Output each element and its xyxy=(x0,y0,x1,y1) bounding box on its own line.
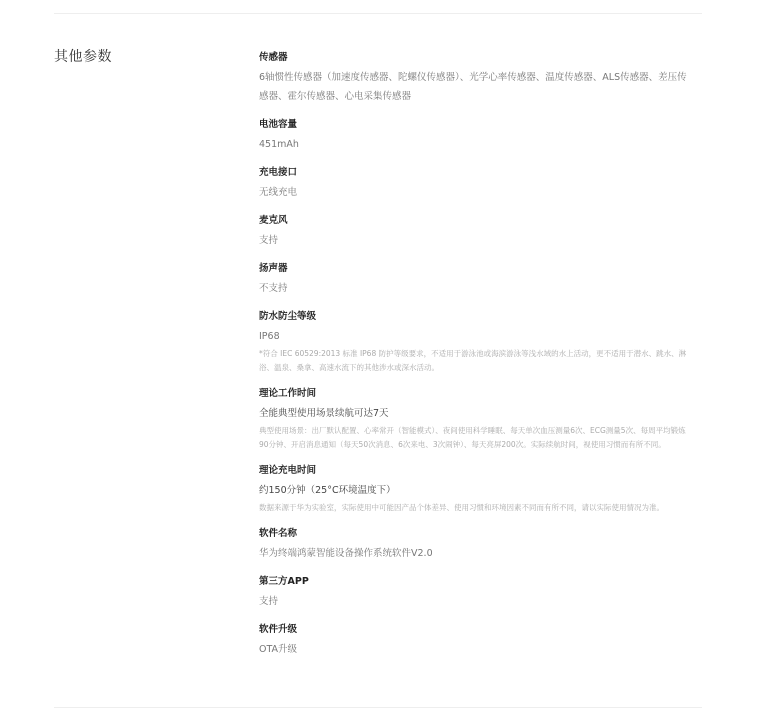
spec-label: 理论工作时间 xyxy=(259,387,689,401)
spec-value: 6轴惯性传感器（加速度传感器、陀螺仪传感器）、光学心率传感器、温度传感器、ALS… xyxy=(259,68,689,106)
spec-value: 全能典型使用场景续航可达7天 xyxy=(259,404,689,423)
spec-item-battery: 电池容量 451mAh xyxy=(259,118,689,154)
spec-item-battery-life: 理论工作时间 全能典型使用场景续航可达7天 典型使用场景：出厂默认配置、心率常开… xyxy=(259,387,689,452)
spec-list: 传感器 6轴惯性传感器（加速度传感器、陀螺仪传感器）、光学心率传感器、温度传感器… xyxy=(259,51,689,671)
spec-label: 扬声器 xyxy=(259,262,689,276)
spec-label: 电池容量 xyxy=(259,118,689,132)
spec-item-third-party-app: 第三方APP 支持 xyxy=(259,575,689,611)
spec-value: 无线充电 xyxy=(259,183,689,202)
spec-item-speaker: 扬声器 不支持 xyxy=(259,262,689,298)
spec-label: 第三方APP xyxy=(259,575,689,589)
spec-item-software-name: 软件名称 华为终端鸿蒙智能设备操作系统软件V2.0 xyxy=(259,527,689,563)
spec-value: 不支持 xyxy=(259,279,689,298)
spec-value: 支持 xyxy=(259,592,689,611)
spec-item-water-resistance: 防水防尘等级 IP68 *符合 IEC 60529:2013 标准 IP68 防… xyxy=(259,310,689,375)
spec-value: 451mAh xyxy=(259,135,689,154)
spec-value: 约150分钟（25°C环境温度下） xyxy=(259,481,689,500)
spec-item-sensors: 传感器 6轴惯性传感器（加速度传感器、陀螺仪传感器）、光学心率传感器、温度传感器… xyxy=(259,51,689,106)
spec-item-software-upgrade: 软件升级 OTA升级 xyxy=(259,623,689,659)
section-title: 其他参数 xyxy=(54,47,112,67)
spec-label: 理论充电时间 xyxy=(259,464,689,478)
spec-label: 传感器 xyxy=(259,51,689,65)
top-divider xyxy=(54,13,702,14)
spec-item-charging-time: 理论充电时间 约150分钟（25°C环境温度下） 数据来源于华为实验室，实际使用… xyxy=(259,464,689,515)
spec-value: IP68 xyxy=(259,327,689,346)
spec-label: 软件升级 xyxy=(259,623,689,637)
spec-value: 华为终端鸿蒙智能设备操作系统软件V2.0 xyxy=(259,544,689,563)
spec-label: 软件名称 xyxy=(259,527,689,541)
spec-note: 数据来源于华为实验室，实际使用中可能因产品个体差异、使用习惯和环境因素不同而有所… xyxy=(259,501,689,515)
spec-value: OTA升级 xyxy=(259,640,689,659)
bottom-divider xyxy=(54,707,702,708)
spec-note: 典型使用场景：出厂默认配置、心率常开（智能模式）、夜间使用科学睡眠、每天单次血压… xyxy=(259,424,689,452)
spec-label: 防水防尘等级 xyxy=(259,310,689,324)
spec-label: 充电接口 xyxy=(259,166,689,180)
spec-note: *符合 IEC 60529:2013 标准 IP68 防护等级要求，不适用于游泳… xyxy=(259,347,689,375)
spec-item-microphone: 麦克风 支持 xyxy=(259,214,689,250)
spec-item-charging-port: 充电接口 无线充电 xyxy=(259,166,689,202)
spec-value: 支持 xyxy=(259,231,689,250)
spec-label: 麦克风 xyxy=(259,214,689,228)
